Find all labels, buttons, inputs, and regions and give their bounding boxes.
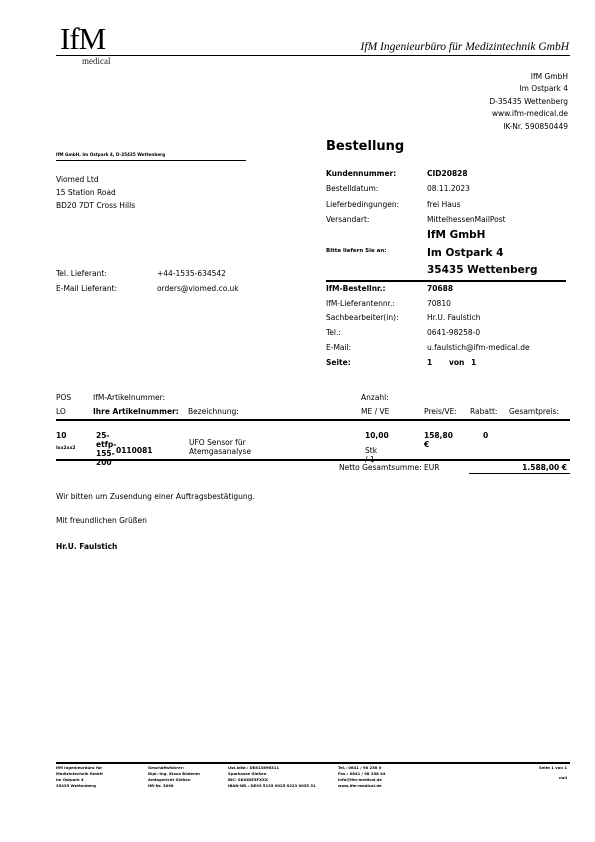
recipient-line: Viomed Ltd — [56, 173, 135, 186]
header-lo: LO — [56, 407, 66, 416]
net-total-label: Netto Gesamtsumme: EUR — [339, 463, 440, 472]
footer-company: IfM Ingenieurbüro für Medizintechnik Gmb… — [56, 765, 103, 789]
email-row: E-Mail: u.faulstich@ifm-medical.de — [326, 341, 530, 356]
return-address: IfM GmbH, Im Ostpark 4, D-35435 Wettenbe… — [56, 152, 165, 157]
row-price: 158,80 € — [424, 431, 453, 449]
supplier-phone-label: Tel. Lieferant: — [56, 267, 157, 282]
clerk-row: Sachbearbeiter(in): Hr.U. Faulstich — [326, 311, 530, 326]
page-total: 1 — [471, 356, 476, 371]
row-quantity: 10,00 — [365, 431, 389, 440]
row-your-article: 0110081 — [116, 446, 153, 455]
footer-page-info: Seite 1 von 1 null — [539, 765, 567, 781]
delivery-terms-row: Lieferbedingungen: frei Haus — [326, 197, 506, 212]
contact-value: 70810 — [427, 297, 451, 312]
info-value: 08.11.2023 — [427, 181, 470, 196]
recipient-address: Viomed Ltd 15 Station Road BD20 7DT Cros… — [56, 173, 135, 212]
shipping-method-row: Versandart: MittelhessenMailPost — [326, 212, 506, 227]
net-total-underline — [469, 473, 570, 474]
header-pos: POS — [56, 393, 71, 402]
contact-label: IfM-Lieferantennr.: — [326, 297, 427, 312]
contact-value: 70688 — [427, 282, 453, 297]
supplier-phone-value: +44-1535-634542 — [157, 267, 226, 282]
footer-divider — [56, 762, 570, 764]
header-total: Gesamtpreis: — [509, 407, 559, 416]
footer-suffix: null — [539, 775, 567, 781]
contact-label: IfM-Bestellnr.: — [326, 282, 427, 297]
info-value: frei Haus — [427, 197, 461, 212]
row-lo: Ixx2xx2 — [56, 446, 76, 451]
header-unit: ME / VE — [361, 407, 389, 416]
sender-line: Im Ostpark 4 — [489, 83, 568, 95]
header-your-article: Ihre Artikelnummer: — [93, 407, 179, 416]
company-name: IfM Ingenieurbüro für Medizintechnik Gmb… — [361, 41, 569, 53]
sender-line: D-35435 Wettenberg — [489, 96, 568, 108]
row-pos: 10 — [56, 431, 66, 440]
info-label: Versandart: — [326, 212, 427, 227]
header-description: Bezeichnung: — [188, 407, 239, 416]
footer-contact: Tel.: 0641 / 98 258 0 Fax.: 0641 / 98 25… — [338, 765, 385, 789]
contact-value[interactable]: u.faulstich@ifm-medical.de — [427, 341, 530, 356]
deliver-line: IfM GmbH — [427, 227, 537, 245]
contact-value: Hr.U. Faulstich — [427, 311, 481, 326]
sender-website: www.ifm-medical.de — [489, 108, 568, 120]
signature: Hr.U. Faulstich — [56, 542, 117, 551]
order-info: Kundennummer: CID20828 Bestelldatum: 08.… — [326, 166, 506, 227]
supplier-email-value[interactable]: orders@viomed.co.uk — [157, 282, 239, 297]
contact-label: Tel.: — [326, 326, 427, 341]
deliver-to-address: IfM GmbH Im Ostpark 4 35435 Wettenberg — [427, 227, 537, 280]
page-of: von — [449, 356, 471, 371]
row-description: UFO Sensor für Atemgasanalyse — [189, 438, 251, 456]
order-date-row: Bestelldatum: 08.11.2023 — [326, 181, 506, 196]
table-body-divider — [56, 459, 570, 461]
greeting: Mit freundlichen Grüßen — [56, 516, 147, 525]
company-logo: IfM medical — [56, 22, 136, 70]
phone-row: Tel.: 0641-98258-0 — [326, 326, 530, 341]
contact-label: Sachbearbeiter(in): — [326, 311, 427, 326]
row-discount: 0 — [483, 431, 488, 440]
sender-line: IfM GmbH — [489, 71, 568, 83]
net-total-value: 1.588,00 € — [522, 463, 567, 472]
info-label: Bestelldatum: — [326, 181, 427, 196]
customer-number-row: Kundennummer: CID20828 — [326, 166, 506, 181]
footer-line: 35435 Wettenberg — [56, 783, 103, 789]
logo-text: IfM — [60, 22, 105, 56]
footer-line: HR-Nr. 3098 — [148, 783, 200, 789]
page-current: 1 — [427, 356, 449, 371]
supplier-email-label: E-Mail Lieferant: — [56, 282, 157, 297]
header-discount: Rabatt: — [470, 407, 497, 416]
info-label: Kundennummer: — [326, 166, 427, 181]
footer-management: Geschäftsführer: Dipl.-Ing. Klaus Büdene… — [148, 765, 200, 789]
recipient-line: 15 Station Road — [56, 186, 135, 199]
header-ifm-article: IfM-Artikelnummer: — [93, 393, 165, 402]
supplier-number-row: IfM-Lieferantennr.: 70810 — [326, 297, 530, 312]
order-number-row: IfM-Bestellnr.: 70688 — [326, 282, 530, 297]
row-ifm-article: 25-etfp-155-200 — [96, 431, 116, 467]
row-unit: Stk / 1 — [365, 446, 377, 464]
header-divider — [56, 55, 570, 56]
info-value: CID20828 — [427, 166, 468, 181]
document-title: Bestellung — [326, 139, 404, 154]
recipient-line: BD20 7DT Cross Hills — [56, 199, 135, 212]
footer-line: www.ifm-medical.de — [338, 783, 385, 789]
table-header-divider — [56, 419, 570, 421]
footer-line: IBAN-NR.: DE93 5135 0025 0223 0035 31 — [228, 783, 316, 789]
header-price: Preis/VE: — [424, 407, 457, 416]
info-label: Lieferbedingungen: — [326, 197, 427, 212]
footer-bank: Ust.IdNr.: DE813896311 Sparkasse Gießen … — [228, 765, 316, 789]
contact-value: 0641-98258-0 — [427, 326, 480, 341]
supplier-email-row: E-Mail Lieferant: orders@viomed.co.uk — [56, 282, 239, 297]
deliver-line: 35435 Wettenberg — [427, 262, 537, 280]
supplier-contact: Tel. Lieferant: +44-1535-634542 E-Mail L… — [56, 267, 239, 296]
supplier-phone-row: Tel. Lieferant: +44-1535-634542 — [56, 267, 239, 282]
page-label: Seite: — [326, 356, 427, 371]
logo-subtext: medical — [82, 56, 111, 66]
order-contact-info: IfM-Bestellnr.: 70688 IfM-Lieferantennr.… — [326, 282, 530, 370]
return-address-divider — [56, 160, 246, 161]
deliver-line: Im Ostpark 4 — [427, 245, 537, 263]
page-row: Seite: 1 von 1 — [326, 356, 530, 371]
sender-address: IfM GmbH Im Ostpark 4 D-35435 Wettenberg… — [489, 71, 568, 133]
contact-label: E-Mail: — [326, 341, 427, 356]
deliver-to-label: Bitte liefern Sie an: — [326, 248, 386, 254]
sender-ik-number: IK-Nr. 590850449 — [489, 121, 568, 133]
header-quantity: Anzahl: — [361, 393, 389, 402]
footer-page-number: Seite 1 von 1 — [539, 765, 567, 771]
confirmation-request: Wir bitten um Zusendung einer Auftragsbe… — [56, 492, 255, 501]
info-value: MittelhessenMailPost — [427, 212, 506, 227]
